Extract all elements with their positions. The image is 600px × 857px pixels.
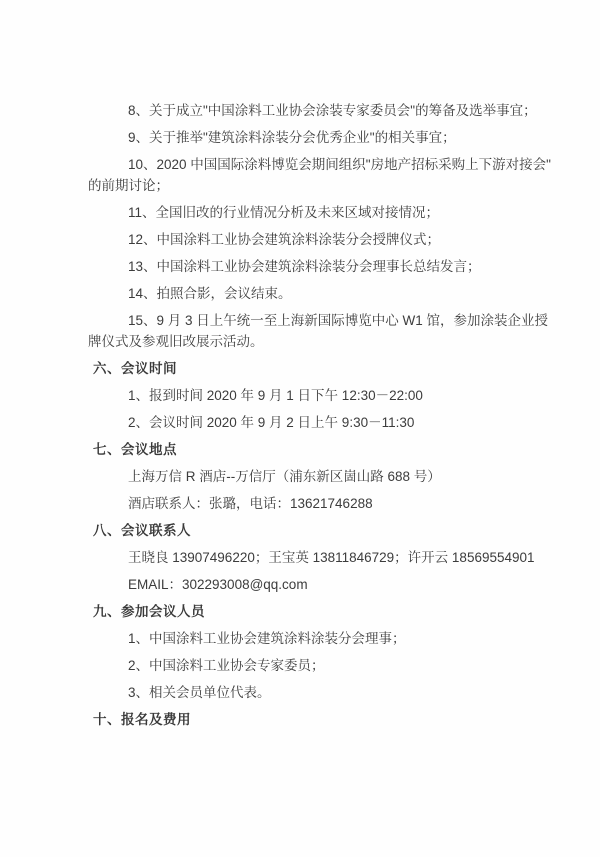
text-line: 酒店联系人：张璐，电话：13621746288 xyxy=(88,493,560,514)
section-heading: 八、会议联系人 xyxy=(93,520,560,541)
document-paragraph: 2、会议时间 2020 年 9 月 2 日上午 9:30－11:30 xyxy=(88,412,560,433)
text-line: EMAIL：302293008@qq.com xyxy=(88,574,560,595)
text-line: 2、中国涂料工业协会专家委员； xyxy=(88,655,560,676)
text-line: 九、参加会议人员 xyxy=(93,601,560,622)
text-line: 1、报到时间 2020 年 9 月 1 日下午 12:30－22:00 xyxy=(88,385,560,406)
document-paragraph: 11、全国旧改的行业情况分析及未来区域对接情况； xyxy=(88,202,560,223)
text-line: 上海万信 R 酒店--万信厅（浦东新区崮山路 688 号） xyxy=(88,466,560,487)
text-line: 13、中国涂料工业协会建筑涂料涂装分会理事长总结发言； xyxy=(88,256,560,277)
document-paragraph: 3、相关会员单位代表。 xyxy=(88,682,560,703)
text-line: 七、会议地点 xyxy=(93,439,560,460)
text-line: 王晓良 13907496220；王宝英 13811846729；许开云 1856… xyxy=(88,547,560,568)
text-line: 15、9 月 3 日上午统一至上海新国际博览中心 W1 馆，参加涂装企业授 xyxy=(88,310,560,331)
section-heading: 九、参加会议人员 xyxy=(93,601,560,622)
text-line: 9、关于推举"建筑涂料涂装分会优秀企业"的相关事宜； xyxy=(88,127,560,148)
document-paragraph: 王晓良 13907496220；王宝英 13811846729；许开云 1856… xyxy=(88,547,560,568)
document-paragraph: 8、关于成立"中国涂料工业协会涂装专家委员会"的筹备及选举事宜； xyxy=(88,100,560,121)
text-line: 14、拍照合影，会议结束。 xyxy=(88,283,560,304)
text-line: 12、中国涂料工业协会建筑涂料涂装分会授牌仪式； xyxy=(88,229,560,250)
section-heading: 七、会议地点 xyxy=(93,439,560,460)
document-paragraph: 13、中国涂料工业协会建筑涂料涂装分会理事长总结发言； xyxy=(88,256,560,277)
document-paragraph: 9、关于推举"建筑涂料涂装分会优秀企业"的相关事宜； xyxy=(88,127,560,148)
text-line: 六、会议时间 xyxy=(93,358,560,379)
section-heading: 六、会议时间 xyxy=(93,358,560,379)
document-paragraph: 14、拍照合影，会议结束。 xyxy=(88,283,560,304)
document-paragraph: 上海万信 R 酒店--万信厅（浦东新区崮山路 688 号） xyxy=(88,466,560,487)
text-line: 2、会议时间 2020 年 9 月 2 日上午 9:30－11:30 xyxy=(88,412,560,433)
document-paragraph: 12、中国涂料工业协会建筑涂料涂装分会授牌仪式； xyxy=(88,229,560,250)
scanned-document-page: 8、关于成立"中国涂料工业协会涂装专家委员会"的筹备及选举事宜；9、关于推举"建… xyxy=(0,0,600,857)
text-line: 十、报名及费用 xyxy=(93,709,560,730)
document-body: 8、关于成立"中国涂料工业协会涂装专家委员会"的筹备及选举事宜；9、关于推举"建… xyxy=(88,100,560,736)
document-paragraph: 2、中国涂料工业协会专家委员； xyxy=(88,655,560,676)
text-line: 10、2020 中国国际涂料博览会期间组织"房地产招标采购上下游对接会" xyxy=(88,154,560,175)
text-line: 11、全国旧改的行业情况分析及未来区域对接情况； xyxy=(88,202,560,223)
document-paragraph: 10、2020 中国国际涂料博览会期间组织"房地产招标采购上下游对接会"的前期讨… xyxy=(88,154,560,196)
text-line: 的前期讨论； xyxy=(88,175,560,196)
text-line: 3、相关会员单位代表。 xyxy=(88,682,560,703)
text-line: 八、会议联系人 xyxy=(93,520,560,541)
section-heading: 十、报名及费用 xyxy=(93,709,560,730)
text-line: 1、中国涂料工业协会建筑涂料涂装分会理事； xyxy=(88,628,560,649)
document-paragraph: 15、9 月 3 日上午统一至上海新国际博览中心 W1 馆，参加涂装企业授牌仪式… xyxy=(88,310,560,352)
text-line: 牌仪式及参观旧改展示活动。 xyxy=(88,331,560,352)
text-line: 8、关于成立"中国涂料工业协会涂装专家委员会"的筹备及选举事宜； xyxy=(88,100,560,121)
document-paragraph: 1、报到时间 2020 年 9 月 1 日下午 12:30－22:00 xyxy=(88,385,560,406)
document-paragraph: EMAIL：302293008@qq.com xyxy=(88,574,560,595)
document-paragraph: 1、中国涂料工业协会建筑涂料涂装分会理事； xyxy=(88,628,560,649)
document-paragraph: 酒店联系人：张璐，电话：13621746288 xyxy=(88,493,560,514)
